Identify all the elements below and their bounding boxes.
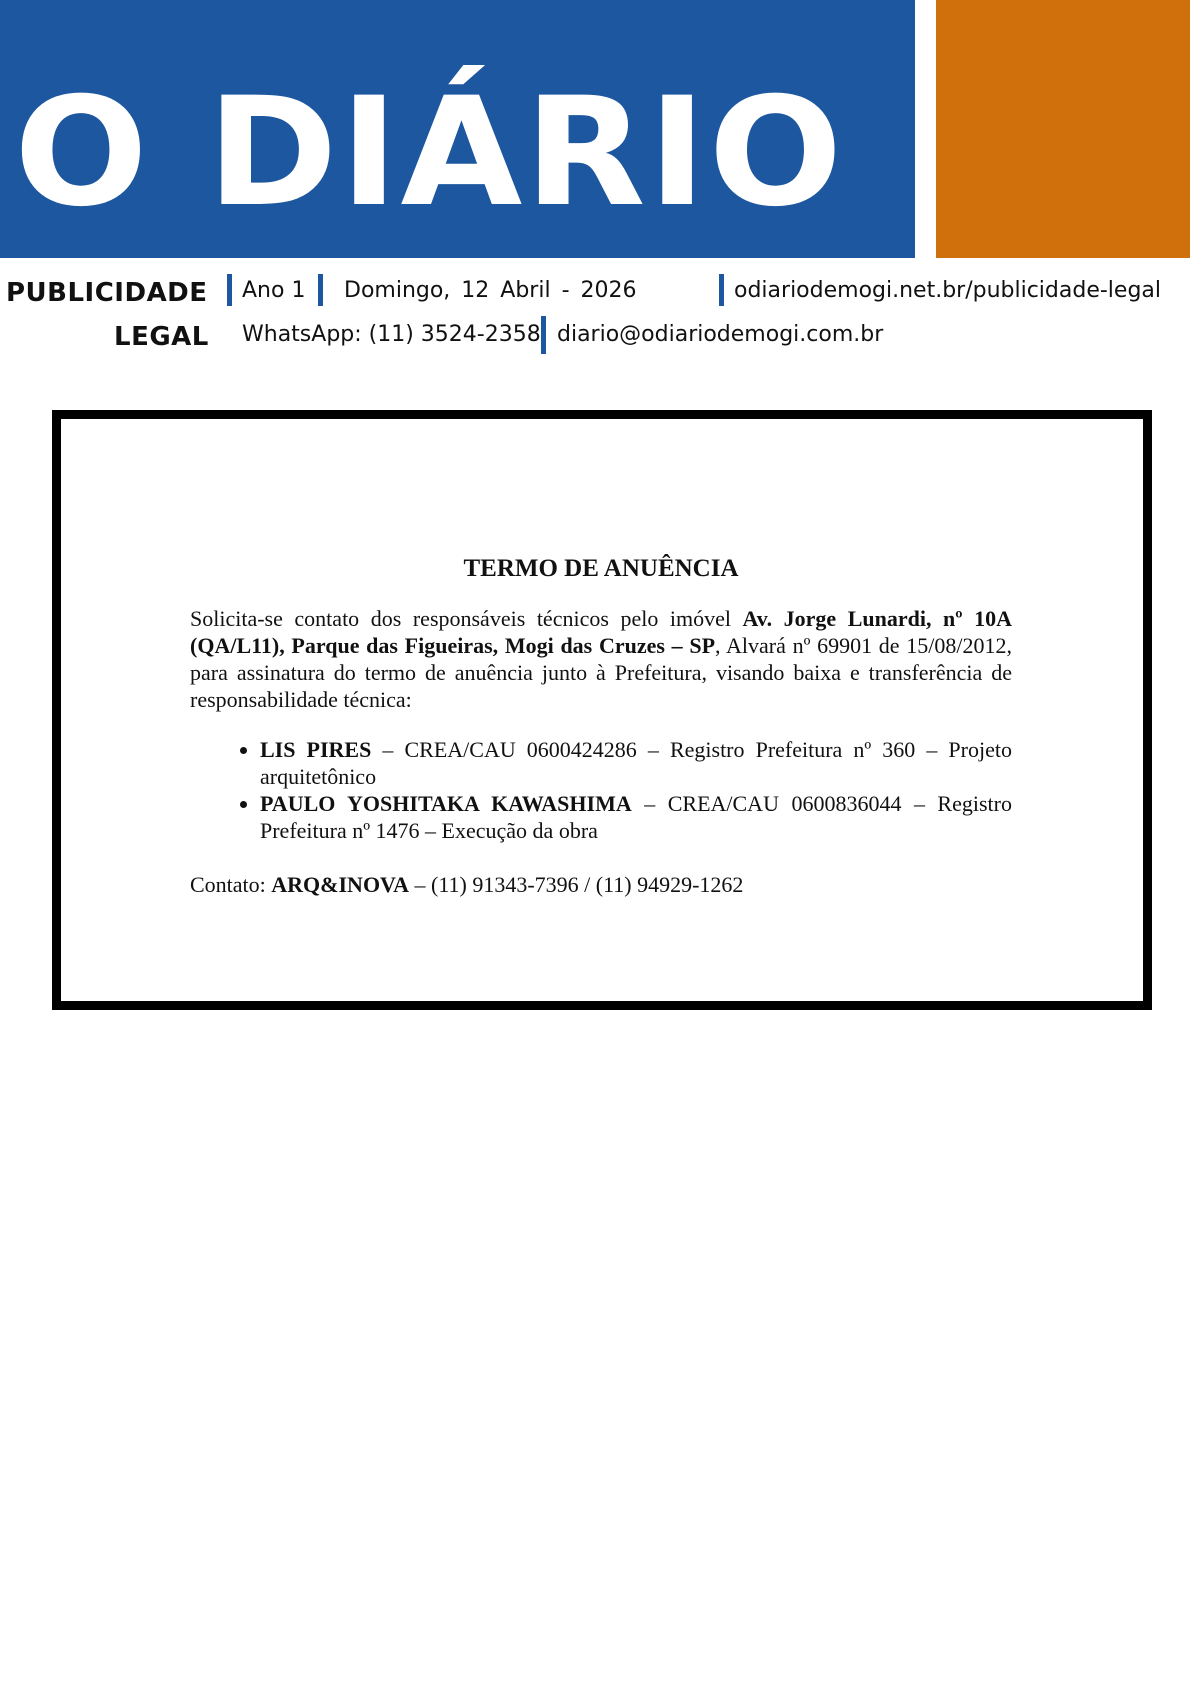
- divider: [541, 316, 546, 354]
- divider: [318, 274, 323, 306]
- masthead-banner: O DIÁRIO: [0, 0, 915, 258]
- edition-number: Ano 1: [242, 278, 305, 303]
- contact-name: ARQ&INOVA: [271, 872, 409, 897]
- website-link[interactable]: odiariodemogi.net.br/publicidade-legal: [734, 278, 1161, 303]
- logo: O DIÁRIO: [14, 68, 959, 238]
- responsible-name: PAULO YOSHITAKA KAWASHIMA: [260, 791, 632, 816]
- contact-label: Contato:: [190, 872, 271, 897]
- list-item: LIS PIRES – CREA/CAU 0600424286 – Regist…: [260, 736, 1012, 790]
- edition-date: Domingo, 12 Abril - 2026: [344, 278, 636, 303]
- digital-edition-badge[interactable]: Jornal digital: [936, 0, 1190, 258]
- divider: [719, 274, 724, 306]
- notice-contact: Contato: ARQ&INOVA – (11) 91343-7396 / (…: [190, 871, 1012, 898]
- intro-text: Solicita-se contato dos responsáveis téc…: [190, 606, 743, 631]
- list-item: PAULO YOSHITAKA KAWASHIMA – CREA/CAU 060…: [260, 790, 1012, 844]
- notice-intro: Solicita-se contato dos responsáveis téc…: [190, 605, 1012, 713]
- email-link[interactable]: diario@odiariodemogi.com.br: [557, 322, 883, 347]
- notice-title: TERMO DE ANUÊNCIA: [190, 555, 1012, 582]
- responsible-list: LIS PIRES – CREA/CAU 0600424286 – Regist…: [190, 736, 1012, 844]
- contact-phones: – (11) 91343-7396 / (11) 94929-1262: [409, 872, 743, 897]
- legal-notice: TERMO DE ANUÊNCIA Solicita-se contato do…: [190, 555, 1012, 898]
- section-title-line1: PUBLICIDADE: [6, 278, 208, 308]
- whatsapp-contact[interactable]: WhatsApp: (11) 3524-2358: [242, 322, 541, 347]
- section-title-line2: LEGAL: [114, 322, 209, 352]
- responsible-details: – CREA/CAU 0600424286 – Registro Prefeit…: [260, 737, 1012, 789]
- responsible-name: LIS PIRES: [260, 737, 371, 762]
- divider: [227, 274, 232, 306]
